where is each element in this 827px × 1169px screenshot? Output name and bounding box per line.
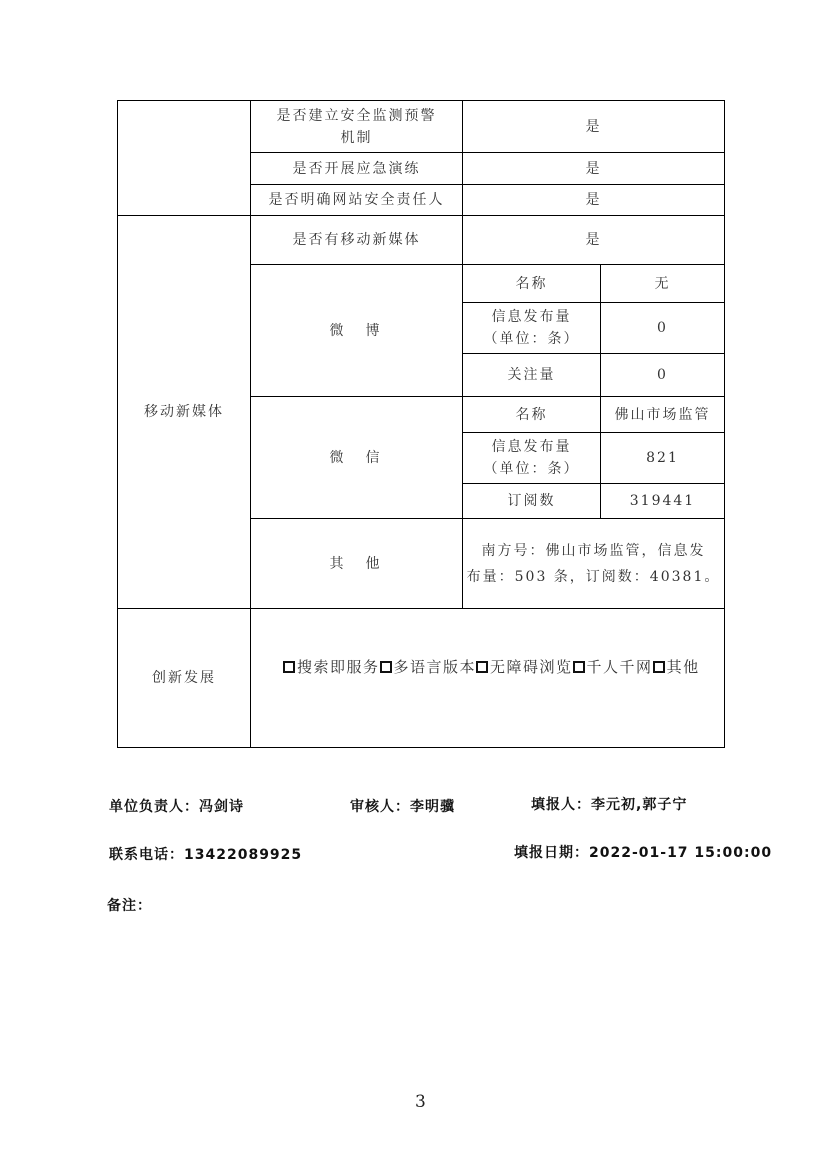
label-line: （单位：条）	[484, 458, 580, 480]
emergency-drill-value: 是	[462, 152, 725, 185]
value-line: 布量：503 条，订阅数：40381。	[467, 564, 721, 590]
option-label: 多语言版本	[394, 656, 477, 677]
security-owner-value: 是	[462, 184, 725, 216]
label-line: （单位：条）	[484, 328, 580, 350]
wechat-name-label: 名称	[462, 396, 601, 433]
innovation-options: 搜索即服务 多语言版本 无障碍浏览 千人千网 其他	[283, 656, 700, 677]
option-label: 其他	[667, 656, 700, 677]
security-owner-label: 是否明确网站安全责任人	[250, 184, 463, 216]
weibo-followers-label: 关注量	[462, 353, 601, 397]
option-label: 无障碍浏览	[490, 656, 573, 677]
fill-date: 填报日期：2022-01-17 15:00:00	[514, 842, 772, 862]
label-line: 信息发布量	[492, 436, 572, 458]
option-other[interactable]: 其他	[653, 656, 700, 677]
weibo-posts-value: 0	[600, 302, 725, 354]
report-table: 是否建立安全监测预警 机制 是 是否开展应急演练 是 是否明确网站安全责任人 是…	[117, 100, 725, 748]
weibo-name-label: 名称	[462, 264, 601, 303]
has-mobile-media-value: 是	[462, 215, 725, 265]
security-section-label-cell	[117, 100, 251, 216]
option-search-as-service[interactable]: 搜索即服务	[283, 656, 380, 677]
option-multilingual[interactable]: 多语言版本	[380, 656, 477, 677]
wechat-posts-label: 信息发布量 （单位：条）	[462, 432, 601, 484]
label-line: 机制	[341, 127, 373, 149]
page-number: 3	[415, 1092, 426, 1112]
wechat-subscribers-label: 订阅数	[462, 483, 601, 519]
other-media-label: 其 他	[250, 518, 463, 609]
wechat-name-value: 佛山市场监管	[600, 396, 725, 433]
weibo-label: 微 博	[250, 264, 463, 397]
value-line: 南方号：佛山市场监管，信息发	[482, 538, 706, 564]
checkbox-icon[interactable]	[476, 661, 488, 673]
other-media-value: 南方号：佛山市场监管，信息发 布量：503 条，订阅数：40381。	[462, 518, 725, 609]
wechat-subscribers-value: 319441	[600, 483, 725, 519]
monitoring-warning-value: 是	[462, 100, 725, 153]
checkbox-icon[interactable]	[653, 661, 665, 673]
filler: 填报人：李元初,郭子宁	[531, 794, 687, 814]
mobile-media-section-label: 移动新媒体	[117, 215, 251, 609]
innovation-section-label: 创新发展	[117, 608, 251, 748]
option-personalized[interactable]: 千人千网	[573, 656, 653, 677]
checkbox-icon[interactable]	[573, 661, 585, 673]
option-label: 千人千网	[587, 656, 653, 677]
weibo-followers-value: 0	[600, 353, 725, 397]
has-mobile-media-label: 是否有移动新媒体	[250, 215, 463, 265]
checkbox-icon[interactable]	[283, 661, 295, 673]
label-line: 信息发布量	[492, 306, 572, 328]
wechat-posts-value: 821	[600, 432, 725, 484]
unit-head: 单位负责人：冯剑诗	[109, 796, 244, 816]
weibo-name-value: 无	[600, 264, 725, 303]
weibo-posts-label: 信息发布量 （单位：条）	[462, 302, 601, 354]
label-line: 是否建立安全监测预警	[277, 105, 437, 127]
checkbox-icon[interactable]	[380, 661, 392, 673]
option-accessibility[interactable]: 无障碍浏览	[476, 656, 573, 677]
contact-phone: 联系电话：13422089925	[109, 844, 302, 864]
emergency-drill-label: 是否开展应急演练	[250, 152, 463, 185]
remarks-label: 备注：	[107, 895, 152, 915]
wechat-label: 微 信	[250, 396, 463, 519]
innovation-options-cell	[250, 608, 725, 748]
option-label: 搜索即服务	[297, 656, 380, 677]
reviewer: 审核人：李明骥	[350, 796, 455, 816]
monitoring-warning-label: 是否建立安全监测预警 机制	[250, 100, 463, 153]
